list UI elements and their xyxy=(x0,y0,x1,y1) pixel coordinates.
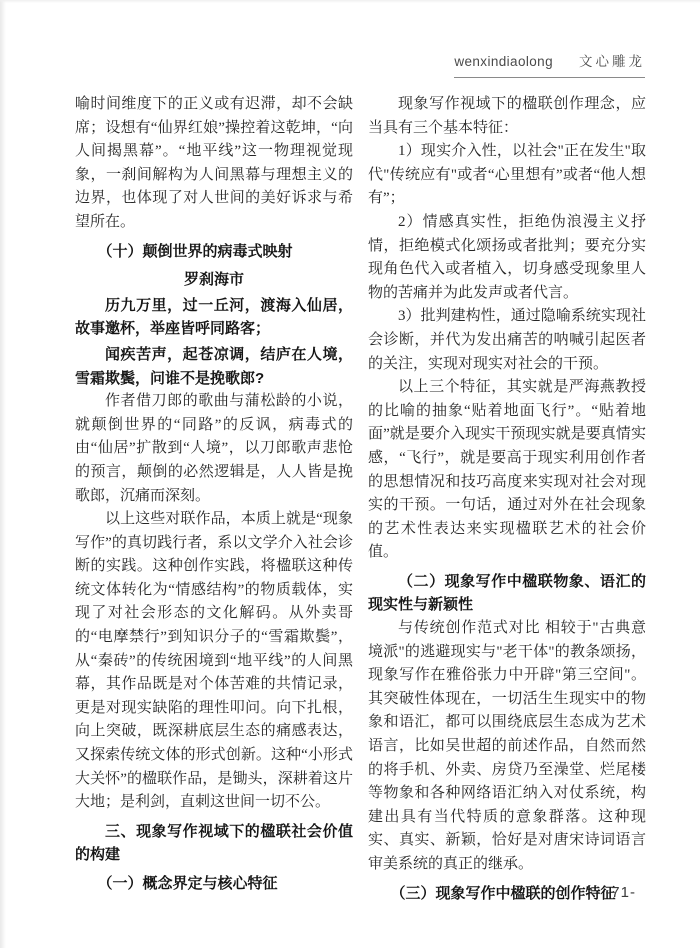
paragraph: 作者借刀郎的歌曲与蒲松龄的小说，就颠倒世界的“同路”的反讽，病毒式的由“仙居”扩… xyxy=(75,390,353,508)
paragraph: 现象写作视域下的楹联创作理念，应当具有三个基本特征： xyxy=(368,93,646,140)
journal-name-chinese: 文心雕龙 xyxy=(579,54,645,69)
paragraph-feature-2: 2）情感真实性，拒绝伪浪漫主义抒情，拒绝模式化颂扬或者批判；要充分实现角色代入或… xyxy=(368,211,646,305)
right-column: 现象写作视域下的楹联创作理念，应当具有三个基本特征： 1）现实介入性，以社会"正… xyxy=(368,93,646,905)
journal-name-pinyin: wenxindiaolong xyxy=(454,54,553,69)
left-column: 喻时间维度下的正义或有迟滞，却不会缺席；设想有“仙界红娘”操控着这乾坤，“向人间… xyxy=(75,93,353,905)
page-header: wenxindiaolong 文心雕龙 xyxy=(454,50,645,78)
chapter-heading-three: 三、现象写作视域下的楹联社会价值的构建 xyxy=(75,820,353,867)
page-number: -71- xyxy=(605,884,636,901)
section-heading-ten: （十）颠倒世界的病毒式映射 xyxy=(75,240,353,264)
paragraph-feature-3: 3）批判建构性，通过隐喻系统实现社会诊断，并代为发出痛苦的呐喊引起医者的关注，实… xyxy=(368,305,646,376)
couplet-title: 罗刹海市 xyxy=(75,268,353,292)
article-body: 喻时间维度下的正义或有迟滞，却不会缺席；设想有“仙界红娘”操控着这乾坤，“向人间… xyxy=(75,93,647,905)
section-heading-three: （三）现象写作中楹联的创作特征 xyxy=(368,882,646,906)
couplet-line-1: 历九万里，过一丘河，渡海入仙居，故事邀杯，举座皆呼同路客； xyxy=(75,294,353,341)
journal-page: wenxindiaolong 文心雕龙 喻时间维度下的正义或有迟滞，却不会缺席；… xyxy=(0,0,700,948)
paragraph: 以上这些对联作品，本质上就是“现象写作”的真切践行者，系以文学介入社会诊断的实践… xyxy=(75,508,353,815)
paragraph-feature-1: 1）现实介入性，以社会"正在发生"取代"传统应有"或者“心里想有”或者“他人想有… xyxy=(368,140,646,211)
paragraph: 以上三个特征，其实就是严海燕教授的比喻的抽象“贴着地面飞行”。“贴着地面”就是要… xyxy=(368,376,646,565)
section-heading-one: （一）概念界定与核心特征 xyxy=(75,872,353,896)
section-heading-two: （二）现象写作中楹联物象、语汇的现实性与新颖性 xyxy=(368,570,646,617)
couplet-line-2: 闻疾苦声，起苍凉调，结庐在人境，雪霜欺鬓，问谁不是挽歌郎? xyxy=(75,343,353,390)
paragraph: 与传统创作范式对比 相较于"古典意境派"的逃避现实与"老干体"的教条颂扬，现象写… xyxy=(368,617,646,877)
paragraph-continuation: 喻时间维度下的正义或有迟滞，却不会缺席；设想有“仙界红娘”操控着这乾坤，“向人间… xyxy=(75,93,353,235)
